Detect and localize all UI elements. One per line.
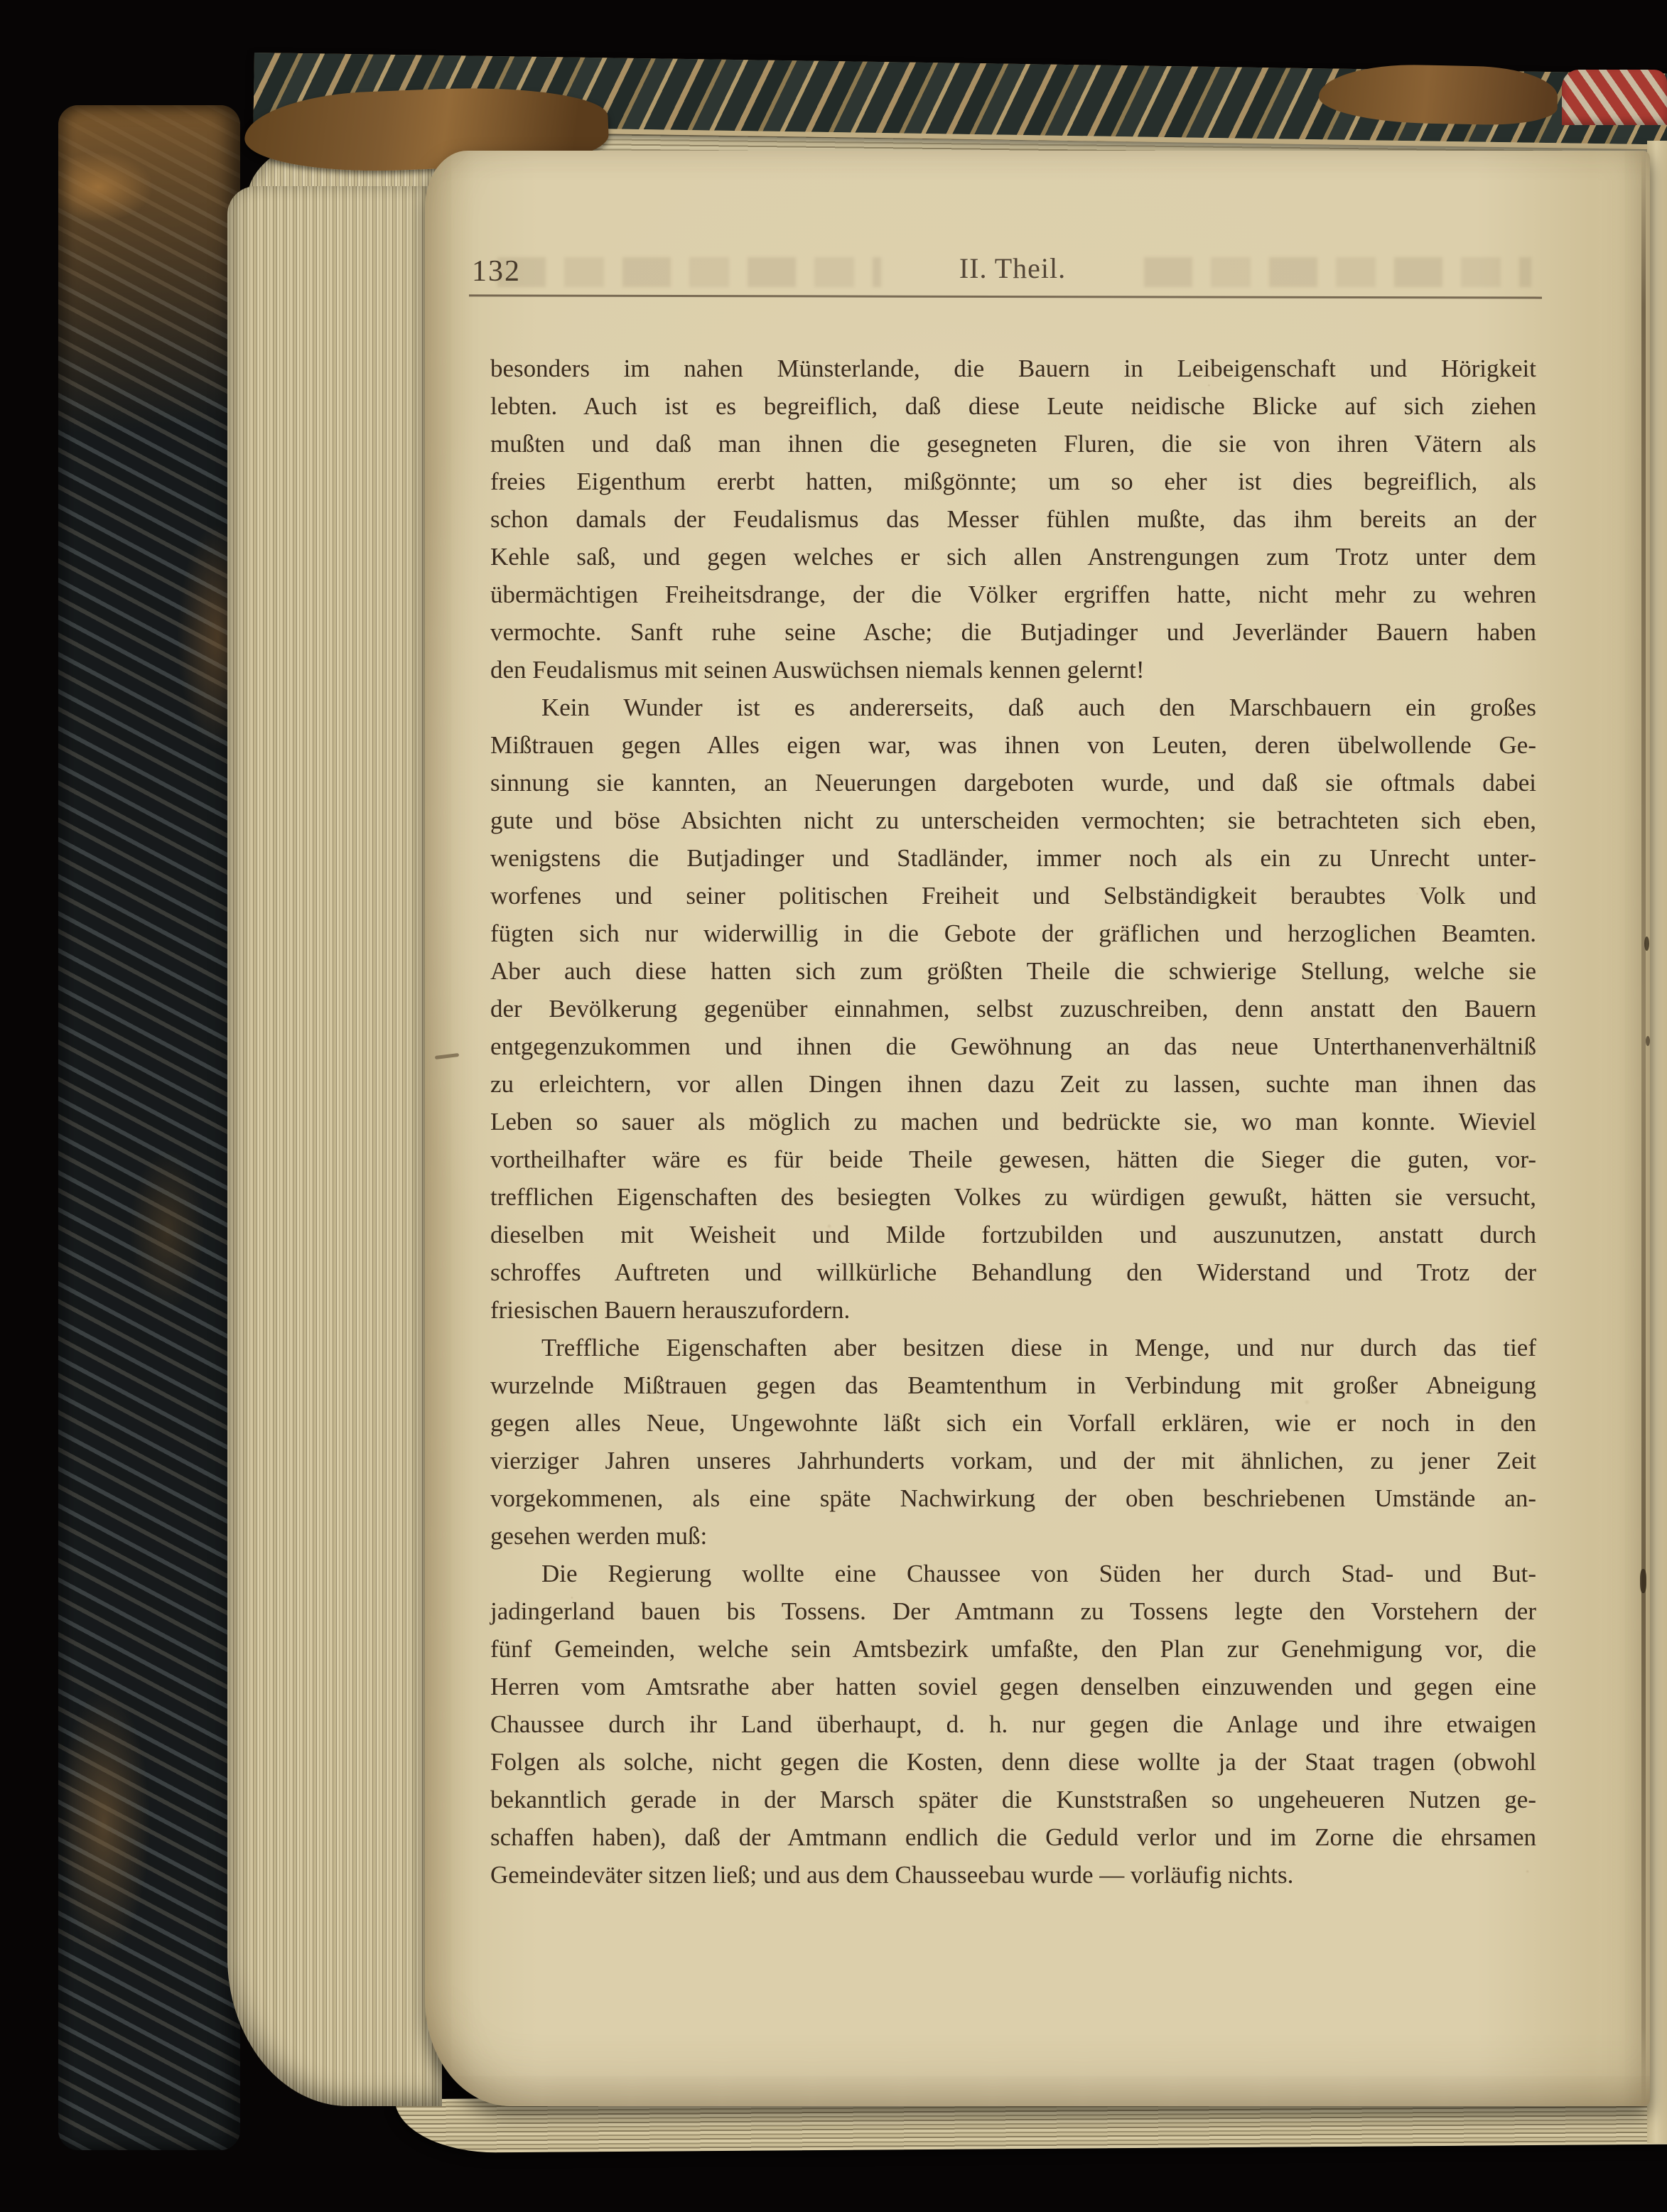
text-line: Kehle saß, und gegen welches er sich all… — [490, 538, 1536, 576]
text-line: bekanntlich gerade in der Marsch später … — [490, 1781, 1536, 1818]
text-line: Kein Wunder ist es andererseits, daß auc… — [490, 689, 1536, 726]
ink-speck — [1644, 937, 1649, 951]
text-line: Leben so sauer als möglich zu machen und… — [490, 1103, 1536, 1140]
text-line: vierziger Jahren unseres Jahrhunderts vo… — [490, 1442, 1536, 1479]
text-line: trefflichen Eigenschaften des besiegten … — [490, 1178, 1536, 1216]
text-line: fügten sich nur widerwillig in die Gebot… — [490, 915, 1536, 952]
text-line: worfenes und seiner politischen Freiheit… — [490, 877, 1536, 915]
text-line: schroffes Auftreten und willkürliche Beh… — [490, 1253, 1536, 1291]
text-line: vortheilhafter wäre es für beide Theile … — [490, 1140, 1536, 1178]
text-line: wurzelnde Mißtrauen gegen das Beamtenthu… — [490, 1366, 1536, 1404]
text-line: schaffen haben), daß der Amtmann endlich… — [490, 1818, 1536, 1856]
text-line: gute und böse Absichten nicht zu untersc… — [490, 802, 1536, 839]
text-line: Folgen als solche, nicht gegen die Koste… — [490, 1743, 1536, 1781]
text-line: freies Eigenthum ererbt hatten, mißgönnt… — [490, 463, 1536, 500]
text-line: Chaussee durch ihr Land überhaupt, d. h.… — [490, 1705, 1536, 1743]
text-line: Mißtrauen gegen Alles eigen war, was ihn… — [490, 726, 1536, 764]
text-line: jadingerland bauen bis Tossens. Der Amtm… — [490, 1592, 1536, 1630]
text-line: Die Regierung wollte eine Chaussee von S… — [490, 1555, 1536, 1592]
text-line: schon damals der Feudalismus das Messer … — [490, 500, 1536, 538]
gutter-crease — [1641, 151, 1646, 2106]
text-line: der Bevölkerung gegenüber einnahmen, sel… — [490, 990, 1536, 1027]
text-line: vermochte. Sanft ruhe seine Asche; die B… — [490, 613, 1536, 651]
text-line: Herren vom Amtsrathe aber hatten soviel … — [490, 1668, 1536, 1705]
text-line: Aber auch diese hatten sich zum größten … — [490, 952, 1536, 990]
text-line: zu erleichtern, vor allen Dingen ihnen d… — [490, 1065, 1536, 1103]
book-spine-marbled-cover — [58, 105, 240, 2150]
text-line: Treffliche Eigenschaften aber besitzen d… — [490, 1329, 1536, 1366]
text-line: friesischen Bauern herauszufordern. — [490, 1291, 1536, 1329]
text-line: besonders im nahen Münsterlande, die Bau… — [490, 350, 1536, 387]
text-line: vorgekommenen, als eine späte Nachwirkun… — [490, 1479, 1536, 1517]
text-line: übermächtigen Freiheitsdrange, der die V… — [490, 576, 1536, 613]
text-line: Gemeindeväter sitzen ließ; und aus dem C… — [490, 1856, 1536, 1894]
body-text: besonders im nahen Münsterlande, die Bau… — [490, 350, 1536, 1894]
ink-speck — [1640, 1569, 1646, 1593]
ink-speck — [1646, 1036, 1650, 1046]
text-line: dieselben mit Weisheit und Milde fortzub… — [490, 1216, 1536, 1253]
red-striped-headband — [1562, 70, 1667, 125]
text-line: entgegenzukommen und ihnen die Gewöhnung… — [490, 1027, 1536, 1065]
text-line: gegen alles Neue, Ungewohnte läßt sich e… — [490, 1404, 1536, 1442]
scanned-book-photo: 132 II. Theil. besonders im nahen Münste… — [0, 0, 1667, 2212]
next-page-sliver — [1647, 141, 1667, 2143]
text-line: wenigstens die Butjadinger und Stadlände… — [490, 839, 1536, 877]
text-line: sinnung sie kannten, an Neuerungen darge… — [490, 764, 1536, 802]
text-line: gesehen werden muß: — [490, 1517, 1536, 1555]
page-edge-fan-side — [227, 186, 442, 2106]
text-line: lebten. Auch ist es begreiflich, daß die… — [490, 387, 1536, 425]
running-header: II. Theil. — [490, 252, 1535, 285]
text-line: den Feudalismus mit seinen Auswüchsen ni… — [490, 651, 1536, 689]
text-line: mußten und daß man ihnen die gesegneten … — [490, 425, 1536, 463]
text-line: fünf Gemeinden, welche sein Amtsbezirk u… — [490, 1630, 1536, 1668]
